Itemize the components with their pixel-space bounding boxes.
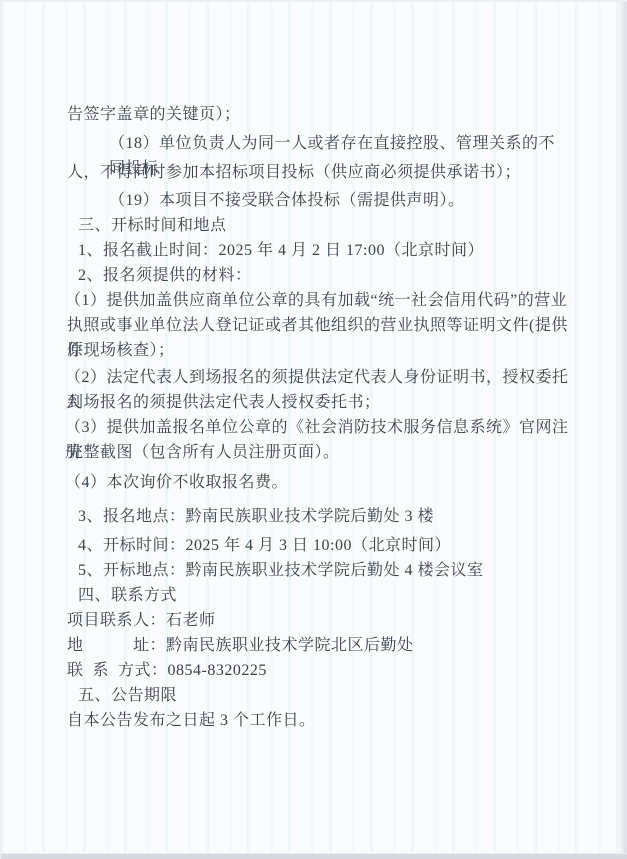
doc-line-17: 4、开标时间：2025 年 4 月 3 日 10:00（北京时间） — [65, 533, 570, 558]
doc-line-18: 5、开标地点：黔南民族职业技术学院后勤处 4 楼会议室 — [65, 558, 570, 583]
doc-line-19: 四、联系方式 — [65, 583, 570, 608]
doc-line-8: （1）提供加盖供应商单位公章的具有加载“统一社会信用代码”的营业 — [65, 288, 570, 313]
doc-line-3: 人，不得同时参加本招标项目投标（供应商必须提供承诺书）； — [65, 160, 570, 185]
doc-line-5: 三、开标时间和地点 — [65, 213, 570, 238]
doc-line-21: 地 址：黔南民族职业技术学院北区后勤处 — [65, 633, 570, 658]
doc-line-6: 1、报名截止时间：2025 年 4 月 2 日 17:00（北京时间） — [65, 238, 570, 263]
doc-line-10: 件现场核查）； — [65, 338, 570, 363]
scan-right-edge — [618, 2, 627, 859]
doc-line-2: （18）单位负责人为同一人或者存在直接控股、管理关系的不同投标 — [65, 131, 570, 156]
doc-line-24: 自本公告发布之日起 3 个工作日。 — [65, 708, 570, 733]
scanned-page: 告签字盖章的关键页）；（18）单位负责人为同一人或者存在直接控股、管理关系的不同… — [0, 0, 627, 859]
doc-line-9: 执照或事业单位法人登记证或者其他组织的营业执照等证明文件(提供原 — [65, 313, 570, 338]
doc-line-23: 五、公告期限 — [65, 683, 570, 708]
doc-line-22: 联 系 方式：0854-8320225 — [65, 658, 570, 683]
doc-line-20: 项目联系人：石老师 — [65, 608, 570, 633]
doc-line-15: （4）本次询价不收取报名费。 — [65, 470, 570, 495]
doc-line-4: （19）本项目不接受联合体投标（需提供声明）。 — [65, 188, 570, 213]
doc-line-14: 完整截图（包含所有人员注册页面）。 — [65, 440, 570, 465]
document-text-block: 告签字盖章的关键页）；（18）单位负责人为同一人或者存在直接控股、管理关系的不同… — [65, 2, 570, 733]
doc-line-7: 2、报名须提供的材料： — [65, 263, 570, 288]
doc-line-13: （3）提供加盖报名单位公章的《社会消防技术服务信息系统》官网注册 — [65, 415, 570, 440]
doc-line-16: 3、报名地点：黔南民族职业技术学院后勤处 3 楼 — [65, 504, 570, 529]
doc-line-11: （2）法定代表人到场报名的须提供法定代表人身份证明书，授权委托人 — [65, 365, 570, 390]
scan-bottom-edge — [1, 854, 627, 859]
doc-line-1: 告签字盖章的关键页）； — [65, 102, 570, 127]
doc-line-12: 到场报名的须提供法定代表人授权委托书； — [65, 390, 570, 415]
